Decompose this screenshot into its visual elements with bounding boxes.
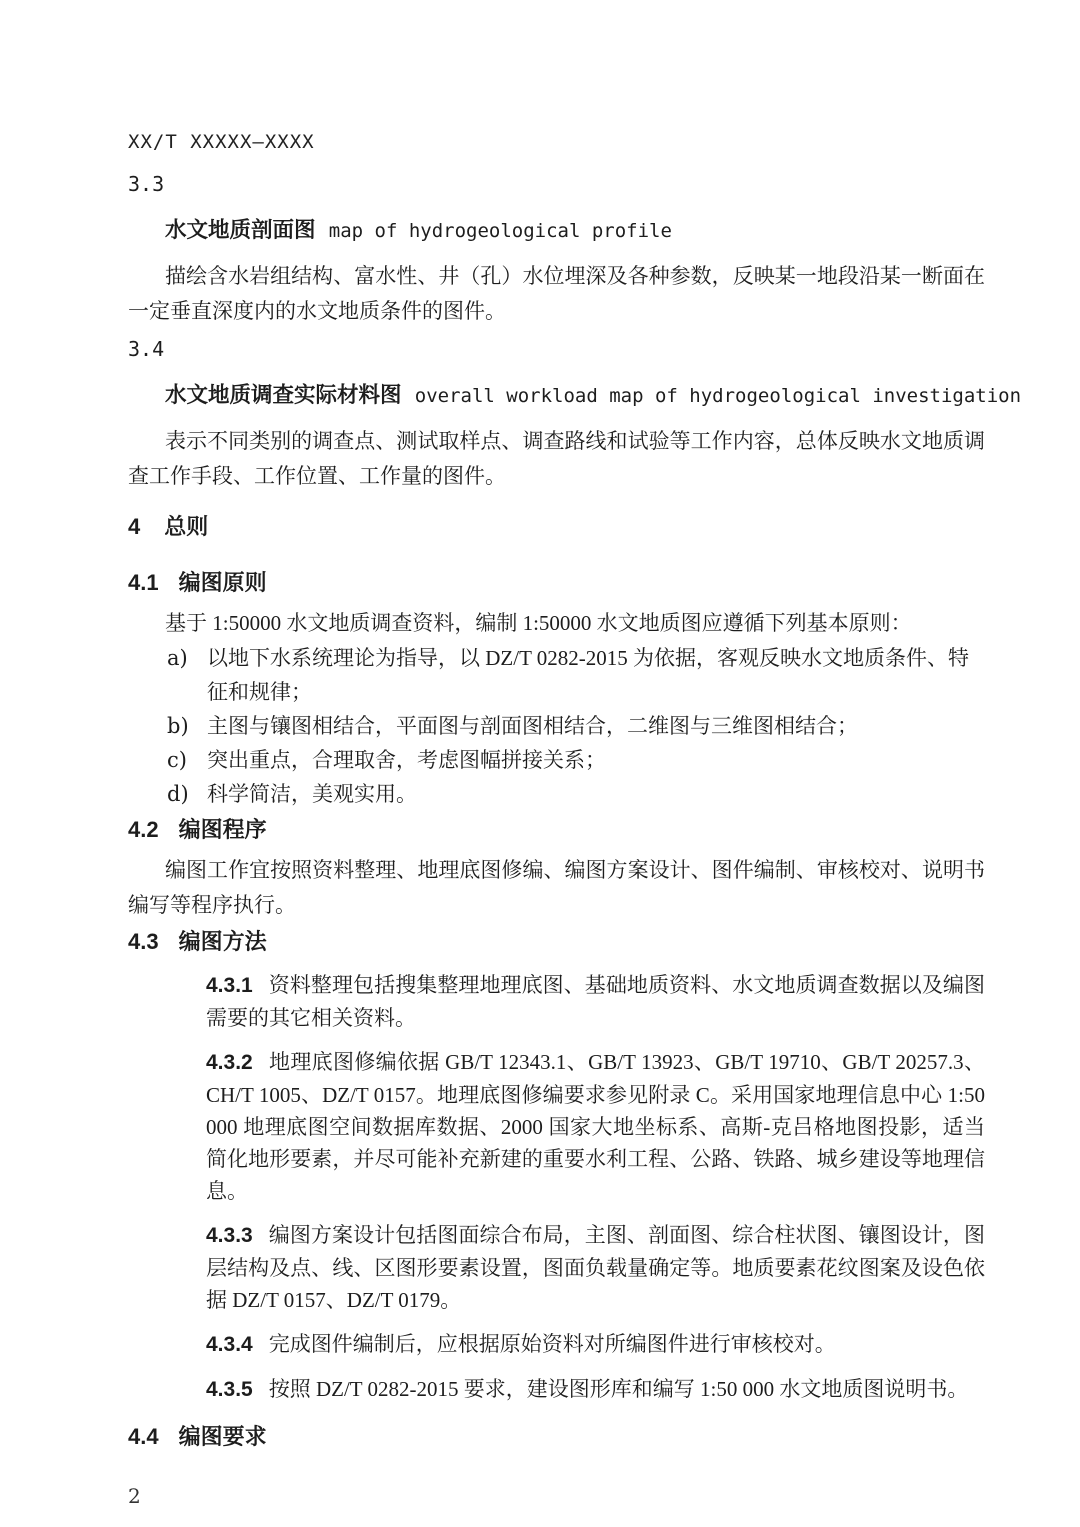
section-title: 编图程序	[179, 817, 267, 842]
section-heading-4-4: 4.4编图要求	[128, 1422, 985, 1452]
list-item-text: 主图与镶图相结合，平面图与剖面图相结合，二维图与三维图相结合；	[207, 709, 985, 743]
term-zh: 水文地质调查实际材料图	[165, 383, 402, 407]
clause-4-3-5: 4.3.5按照 DZ/T 0282-2015 要求，建设图形库和编写 1:50 …	[206, 1373, 985, 1406]
section-heading-4-1: 4.1编图原则	[128, 568, 985, 598]
page-number: 2	[128, 1484, 985, 1508]
section-number: 4.4	[128, 1424, 159, 1449]
list-item-a: a) 以地下水系统理论为指导，以 DZ/T 0282-2015 为依据，客观反映…	[167, 641, 985, 709]
clause-4-3-4: 4.3.4完成图件编制后，应根据原始资料对所编图件进行审核校对。	[206, 1328, 985, 1361]
chapter-heading: 4总则	[128, 512, 985, 542]
clause-number: 4.3.1	[206, 974, 253, 997]
clause-text: 按照 DZ/T 0282-2015 要求，建设图形库和编写 1:50 000 水…	[269, 1377, 969, 1401]
clause-number: 4.3.3	[206, 1224, 253, 1247]
list-item-text: 突出重点，合理取舍，考虑图幅拼接关系；	[207, 743, 985, 777]
clause-4-3-2: 4.3.2地理底图修编依据 GB/T 12343.1、GB/T 13923、GB…	[206, 1046, 985, 1207]
clause-text: 编图方案设计包括图面综合布局，主图、剖面图、综合柱状图、镶图设计，图层结构及点、…	[206, 1223, 985, 1312]
clause-number-3-4: 3.4	[128, 337, 985, 361]
term-heading-3-3: 水文地质剖面图 map of hydrogeological profile	[128, 216, 985, 245]
clause-number: 4.3.2	[206, 1051, 253, 1074]
clause-4-3-1: 4.3.1资料整理包括搜集整理地理底图、基础地质资料、水文地质调查数据以及编图需…	[206, 969, 985, 1034]
clause-text: 地理底图修编依据 GB/T 12343.1、GB/T 13923、GB/T 19…	[206, 1050, 985, 1203]
term-heading-3-4: 水文地质调查实际材料图 overall workload map of hydr…	[128, 381, 985, 410]
chapter-title: 总则	[164, 514, 208, 539]
term-zh: 水文地质剖面图	[165, 218, 316, 242]
section-heading-4-2: 4.2编图程序	[128, 815, 985, 845]
section-title: 编图原则	[179, 570, 267, 595]
list-item-text: 以地下水系统理论为指导，以 DZ/T 0282-2015 为依据，客观反映水文地…	[207, 641, 985, 709]
clause-number: 4.3.5	[206, 1378, 253, 1401]
document-page: XX/T XXXXX—XXXX 3.3 水文地质剖面图 map of hydro…	[0, 0, 1080, 1527]
lettered-list: a) 以地下水系统理论为指导，以 DZ/T 0282-2015 为依据，客观反映…	[167, 641, 985, 811]
section-intro-paragraph: 基于 1:50000 水文地质调查资料，编制 1:50000 水文地质图应遵循下…	[128, 606, 985, 641]
section-heading-4-3: 4.3编图方法	[128, 927, 985, 957]
list-item-b: b) 主图与镶图相结合，平面图与剖面图相结合，二维图与三维图相结合；	[167, 709, 985, 743]
term-definition: 描绘含水岩组结构、富水性、井（孔）水位埋深及各种参数，反映某一地段沿某一断面在一…	[128, 259, 985, 329]
list-item-d: d) 科学简洁，美观实用。	[167, 777, 985, 811]
doc-code-header: XX/T XXXXX—XXXX	[128, 130, 985, 154]
list-marker: b)	[167, 709, 207, 743]
clause-number-3-3: 3.3	[128, 172, 985, 196]
term-en: map of hydrogeological profile	[329, 220, 672, 242]
section-number: 4.3	[128, 929, 159, 954]
section-title: 编图要求	[179, 1424, 267, 1449]
list-marker: d)	[167, 777, 207, 811]
section-title: 编图方法	[179, 929, 267, 954]
list-item-c: c) 突出重点，合理取舍，考虑图幅拼接关系；	[167, 743, 985, 777]
clause-text: 资料整理包括搜集整理地理底图、基础地质资料、水文地质调查数据以及编图需要的其它相…	[206, 973, 985, 1030]
section-paragraph: 编图工作宜按照资料整理、地理底图修编、编图方案设计、图件编制、审核校对、说明书编…	[128, 853, 985, 923]
chapter-number: 4	[128, 514, 140, 539]
term-en: overall workload map of hydrogeological …	[415, 385, 1021, 407]
list-marker: a)	[167, 641, 207, 709]
list-item-text: 科学简洁，美观实用。	[207, 777, 985, 811]
term-definition: 表示不同类别的调查点、测试取样点、调查路线和试验等工作内容，总体反映水文地质调查…	[128, 424, 985, 494]
clause-4-3-3: 4.3.3编图方案设计包括图面综合布局，主图、剖面图、综合柱状图、镶图设计，图层…	[206, 1219, 985, 1316]
list-marker: c)	[167, 743, 207, 777]
section-number: 4.2	[128, 817, 159, 842]
clause-text: 完成图件编制后，应根据原始资料对所编图件进行审核校对。	[269, 1332, 836, 1356]
clause-number: 4.3.4	[206, 1333, 253, 1356]
section-number: 4.1	[128, 570, 159, 595]
